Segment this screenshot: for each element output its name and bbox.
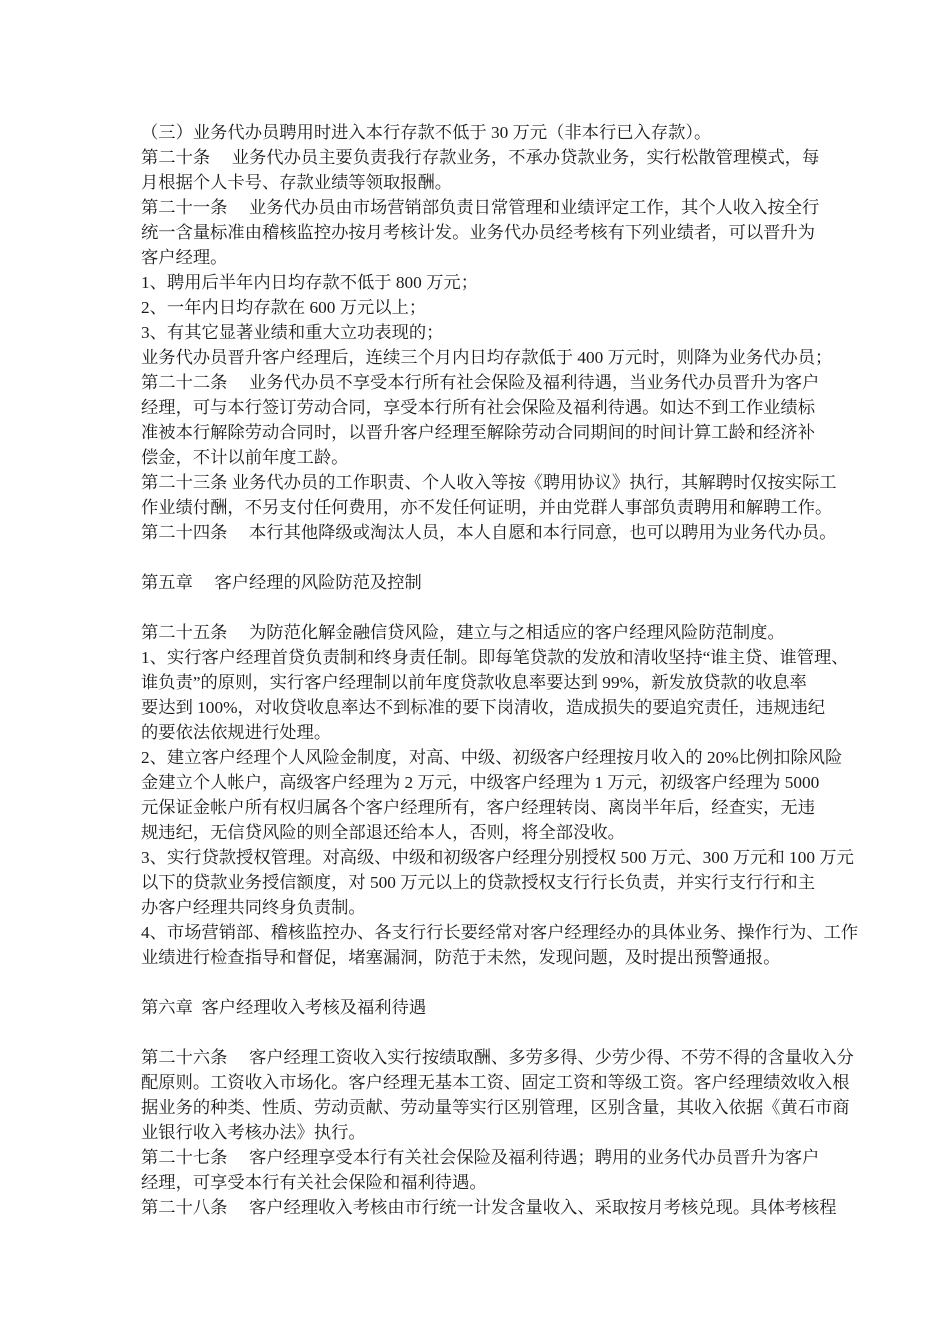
chapter-heading: 第五章 客户经理的风险防范及控制 [141,570,856,595]
document-line: 统一含量标准由稽核监控办按月考核计发。业务代办员经考核有下列业绩者，可以晋升为 [141,220,856,245]
document-line: 第二十三条 业务代办员的工作职责、个人收入等按《聘用协议》执行，其解聘时仅按实际… [141,470,856,495]
document-body: （三）业务代办员聘用时进入本行存款不低于 30 万元（非本行已入存款）。第二十条… [141,120,856,1220]
document-line: （三）业务代办员聘用时进入本行存款不低于 30 万元（非本行已入存款）。 [141,120,856,145]
document-line: 第二十条 业务代办员主要负责我行存款业务，不承办贷款业务，实行松散管理模式，每 [141,145,856,170]
document-line: 客户经理。 [141,245,856,270]
document-line: 第二十四条 本行其他降级或淘汰人员，本人自愿和本行同意，也可以聘用为业务代办员。 [141,520,856,545]
document-line: 第二十八条 客户经理收入考核由市行统一计发含量收入、采取按月考核兑现。具体考核程 [141,1195,856,1220]
document-line: 金建立个人帐户，高级客户经理为 2 万元，中级客户经理为 1 万元，初级客户经理… [141,770,856,795]
document-line: 1、聘用后半年内日均存款不低于 800 万元； [141,270,856,295]
document-line: 要达到 100%，对收贷收息率达不到标准的要下岗清收，造成损失的要追究责任，违规… [141,695,856,720]
document-line: 2、一年内日均存款在 600 万元以上； [141,295,856,320]
document-line: 第二十七条 客户经理享受本行有关社会保险及福利待遇；聘用的业务代办员晋升为客户 [141,1145,856,1170]
chapter-heading: 第六章 客户经理收入考核及福利待遇 [141,995,856,1020]
document-line: 第二十二条 业务代办员不享受本行所有社会保险及福利待遇，当业务代办员晋升为客户 [141,370,856,395]
document-line: 3、实行贷款授权管理。对高级、中级和初级客户经理分别授权 500 万元、300 … [141,845,856,870]
document-line: 第二十六条 客户经理工资收入实行按绩取酬、多劳多得、少劳少得、不劳不得的含量收入… [141,1045,856,1070]
document-line: 的要依法依规进行处理。 [141,720,856,745]
document-page: （三）业务代办员聘用时进入本行存款不低于 30 万元（非本行已入存款）。第二十条… [0,0,950,1344]
document-line: 规违纪，无信贷风险的则全部退还给本人，否则，将全部没收。 [141,820,856,845]
document-line: 4、市场营销部、稽核监控办、各支行行长要经常对客户经理经办的具体业务、操作行为、… [141,920,856,945]
document-line: 1、实行客户经理首贷负责制和终身责任制。即每笔贷款的发放和清收坚持“谁主贷、谁管… [141,645,856,670]
blank-line [141,595,856,620]
document-line: 3、有其它显著业绩和重大立功表现的； [141,320,856,345]
document-line: 2、建立客户经理个人风险金制度，对高、中级、初级客户经理按月收入的 20%比例扣… [141,745,856,770]
document-line: 第二十一条 业务代办员由市场营销部负责日常管理和业绩评定工作，其个人收入按全行 [141,195,856,220]
document-line: 元保证金帐户所有权归属各个客户经理所有，客户经理转岗、离岗半年后，经查实，无违 [141,795,856,820]
blank-line [141,970,856,995]
blank-line [141,1020,856,1045]
document-line: 月根据个人卡号、存款业绩等领取报酬。 [141,170,856,195]
document-line: 据业务的种类、性质、劳动贡献、劳动量等实行区别管理，区别含量，其收入依据《黄石市… [141,1095,856,1120]
document-line: 第二十五条 为防范化解金融信贷风险，建立与之相适应的客户经理风险防范制度。 [141,620,856,645]
document-line: 业务代办员晋升客户经理后，连续三个月内日均存款低于 400 万元时，则降为业务代… [141,345,856,370]
document-line: 业银行收入考核办法》执行。 [141,1120,856,1145]
document-line: 配原则。工资收入市场化。客户经理无基本工资、固定工资和等级工资。客户经理绩效收入… [141,1070,856,1095]
document-line: 作业绩付酬，不另支付任何费用，亦不发任何证明，并由党群人事部负责聘用和解聘工作。 [141,495,856,520]
document-line: 办客户经理共同终身负责制。 [141,895,856,920]
document-line: 以下的贷款业务授信额度，对 500 万元以上的贷款授权支行行长负责，并实行支行行… [141,870,856,895]
document-line: 谁负责”的原则，实行客户经理制以前年度贷款收息率要达到 99%，新发放贷款的收息… [141,670,856,695]
document-line: 经理，可与本行签订劳动合同，享受本行所有社会保险及福利待遇。如达不到工作业绩标 [141,395,856,420]
document-line: 经理，可享受本行有关社会保险和福利待遇。 [141,1170,856,1195]
blank-line [141,545,856,570]
document-line: 业绩进行检查指导和督促，堵塞漏洞，防范于未然，发现问题，及时提出预警通报。 [141,945,856,970]
document-line: 准被本行解除劳动合同时，以晋升客户经理至解除劳动合同期间的时间计算工龄和经济补 [141,420,856,445]
document-line: 偿金，不计以前年度工龄。 [141,445,856,470]
